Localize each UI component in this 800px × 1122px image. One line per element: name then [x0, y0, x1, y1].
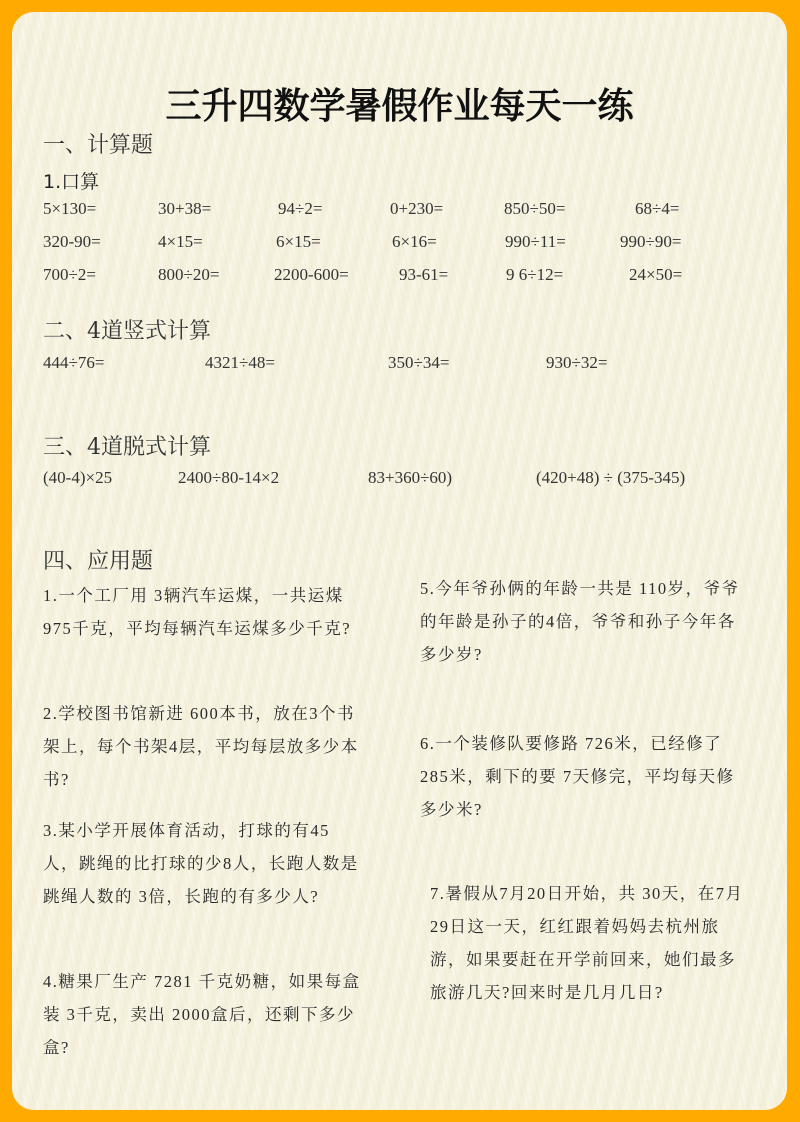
- word-problem-1: 1.一个工厂用 3辆汽车运煤，一共运煤975千克，平均每辆汽车运煤多少千克?: [43, 579, 363, 645]
- section-heading-calculation: 一、计算题: [43, 128, 153, 159]
- section-heading-step-calculation: 三、4道脱式计算: [43, 430, 211, 461]
- mental-math-item: 93-61=: [399, 265, 448, 285]
- mental-math-item: 94÷2=: [278, 199, 322, 219]
- mental-math-item: 6×16=: [392, 232, 437, 252]
- vertical-calc-item: 350÷34=: [388, 353, 449, 373]
- mental-math-item: 9 6÷12=: [506, 265, 563, 285]
- mental-math-item: 320-90=: [43, 232, 101, 252]
- step-calc-item: (40-4)×25: [43, 468, 112, 488]
- word-problem-6: 6.一个装修队要修路 726米，已经修了285米，剩下的要 7天修完，平均每天修…: [420, 727, 750, 826]
- section-heading-word-problems: 四、应用题: [43, 544, 153, 575]
- vertical-calc-item: 4321÷48=: [205, 353, 275, 373]
- mental-math-item: 990÷11=: [505, 232, 566, 252]
- mental-math-item: 6×15=: [276, 232, 321, 252]
- vertical-calc-item: 930÷32=: [546, 353, 607, 373]
- word-problem-5: 5.今年爷孙俩的年龄一共是 110岁，爷爷的年龄是孙子的4倍，爷爷和孙子今年各多…: [420, 572, 750, 671]
- word-problem-7: 7.暑假从7月20日开始，共 30天，在7月29日这一天，红红跟着妈妈去杭州旅游…: [430, 877, 750, 1009]
- vertical-calc-item: 444÷76=: [43, 353, 104, 373]
- mental-math-item: 24×50=: [629, 265, 682, 285]
- step-calc-item: 2400÷80-14×2: [178, 468, 279, 488]
- mental-math-item: 0+230=: [390, 199, 443, 219]
- mental-math-item: 2200-600=: [274, 265, 349, 285]
- mental-math-item: 4×15=: [158, 232, 203, 252]
- word-problem-2: 2.学校图书馆新进 600本书，放在3个书架上，每个书架4层，平均每层放多少本书…: [43, 697, 363, 796]
- subheading-mental-math: 1.口算: [43, 167, 99, 194]
- mental-math-item: 5×130=: [43, 199, 96, 219]
- section-heading-vertical-calculation: 二、4道竖式计算: [43, 314, 211, 345]
- word-problem-3: 3.某小学开展体育活动，打球的有45人，跳绳的比打球的少8人，长跑人数是跳绳人数…: [43, 814, 363, 913]
- mental-math-item: 850÷50=: [504, 199, 565, 219]
- step-calc-item: 83+360÷60): [368, 468, 452, 488]
- mental-math-item: 990÷90=: [620, 232, 681, 252]
- mental-math-item: 700÷2=: [43, 265, 96, 285]
- mental-math-item: 30+38=: [158, 199, 211, 219]
- worksheet-paper: 三升四数学暑假作业每天一练 一、计算题 1.口算 5×130= 30+38= 9…: [12, 12, 787, 1110]
- mental-math-item: 800÷20=: [158, 265, 219, 285]
- mental-math-item: 68÷4=: [635, 199, 679, 219]
- word-problem-4: 4.糖果厂生产 7281 千克奶糖，如果每盒装 3千克，卖出 2000盒后，还剩…: [43, 965, 363, 1064]
- step-calc-item: (420+48) ÷ (375-345): [536, 468, 685, 488]
- page-title: 三升四数学暑假作业每天一练: [12, 78, 787, 129]
